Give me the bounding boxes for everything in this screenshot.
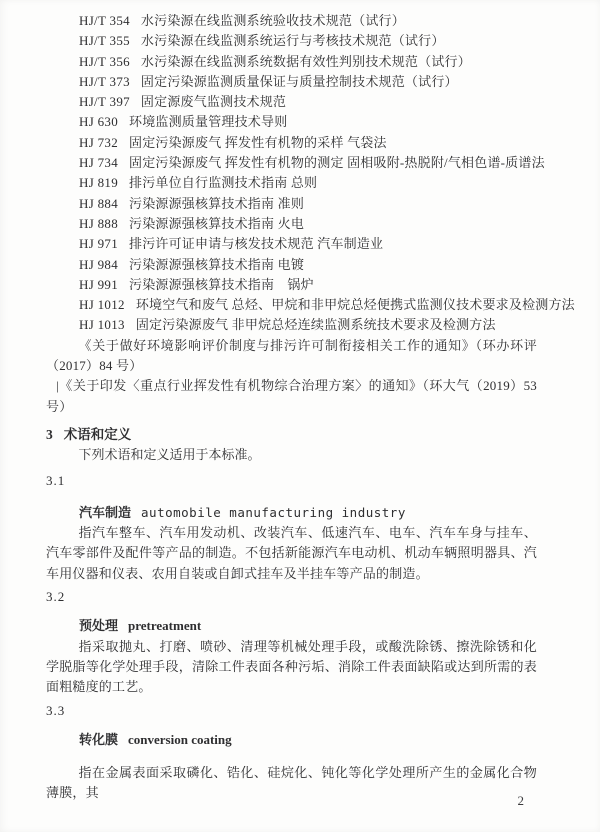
standard-title: 排污单位自行监测技术指南 总则	[129, 173, 317, 193]
notice-paragraph: 《关于做好环境影响评价制度与排污许可制衔接相关工作的通知》（环办环评（2017）…	[46, 336, 537, 377]
standard-code: HJ 991	[79, 275, 118, 295]
standard-item: HJ/T 356水污染源在线监测系统数据有效性判别技术规范（试行）	[79, 52, 537, 72]
term-zh-label: 汽车制造	[79, 505, 131, 520]
standard-code: HJ/T 373	[79, 72, 130, 92]
page-number: 2	[518, 793, 525, 809]
standard-item: HJ 734固定污染源废气 挥发性有机物的测定 固相吸附-热脱附/气相色谱-质谱…	[79, 153, 537, 173]
term-number: 3.1	[46, 471, 537, 491]
standard-item: HJ/T 354水污染源在线监测系统验收技术规范（试行）	[79, 11, 537, 31]
standard-code: HJ/T 355	[79, 31, 130, 51]
standard-title: 水污染源在线监测系统验收技术规范（试行）	[141, 11, 405, 31]
document-page: HJ/T 354水污染源在线监测系统验收技术规范（试行） HJ/T 355水污染…	[0, 0, 600, 832]
standard-item: HJ 888污染源源强核算技术指南 火电	[79, 214, 537, 234]
standard-item: HJ 732固定污染源废气 挥发性有机物的采样 气袋法	[79, 133, 537, 153]
standard-title: 固定源废气监测技术规范	[141, 92, 286, 112]
term-zh-label: 预处理	[79, 618, 118, 633]
standard-code: HJ 732	[79, 133, 118, 153]
standard-code: HJ 1013	[79, 315, 125, 335]
standard-title: 固定污染源废气 挥发性有机物的采样 气袋法	[129, 133, 387, 153]
section-heading: 3术语和定义	[46, 425, 537, 445]
term-heading: 转化膜conversion coating	[46, 730, 537, 750]
standard-title: 污染源源强核算技术指南 锅炉	[129, 275, 314, 295]
standard-code: HJ/T 397	[79, 92, 130, 112]
standard-code: HJ 888	[79, 214, 118, 234]
term-number: 3.3	[46, 701, 537, 721]
standard-item: HJ 984污染源源强核算技术指南 电镀	[79, 255, 537, 275]
standard-code: HJ/T 354	[79, 11, 130, 31]
standard-item: HJ 1013固定污染源废气 非甲烷总烃连续监测系统技术要求及检测方法	[79, 315, 537, 335]
standard-title: 污染源源强核算技术指南 电镀	[129, 255, 304, 275]
standard-code: HJ 984	[79, 255, 118, 275]
term-heading: 汽车制造automobile manufacturing industry	[46, 503, 537, 523]
standard-item: HJ 884污染源源强核算技术指南 准则	[79, 194, 537, 214]
standard-title: 固定污染源废气 挥发性有机物的测定 固相吸附-热脱附/气相色谱-质谱法	[129, 153, 545, 173]
term-definition: 指采取抛丸、打磨、喷砂、清理等机械处理手段，或酸洗除锈、擦洗除锈和化学脱脂等化学…	[46, 637, 537, 698]
term-definition: 指汽车整车、汽车用发动机、改装汽车、低速汽车、电车、汽车车身与挂车、汽车零部件及…	[46, 523, 537, 584]
standard-item: HJ/T 373固定污染源监测质量保证与质量控制技术规范（试行）	[79, 72, 537, 92]
term-number: 3.2	[46, 587, 537, 607]
standard-title: 排污许可证申请与核发技术规范 汽车制造业	[129, 234, 383, 254]
standard-code: HJ 1012	[79, 295, 125, 315]
standard-code: HJ 819	[79, 173, 118, 193]
standard-title: 环境监测质量管理技术导则	[129, 112, 287, 132]
standard-title: 固定污染源监测质量保证与质量控制技术规范（试行）	[141, 72, 458, 92]
term-en-label: pretreatment	[128, 618, 201, 633]
standard-title: 污染源源强核算技术指南 准则	[129, 194, 304, 214]
standard-item: HJ 1012环境空气和废气 总烃、甲烷和非甲烷总烃便携式监测仪技术要求及检测方…	[79, 295, 537, 315]
standard-item: HJ 991污染源源强核算技术指南 锅炉	[79, 275, 537, 295]
standard-code: HJ 734	[79, 153, 118, 173]
section-number: 3	[46, 427, 53, 442]
standard-title: 环境空气和废气 总烃、甲烷和非甲烷总烃便携式监测仪技术要求及检测方法	[136, 295, 575, 315]
term-heading: 预处理pretreatment	[46, 616, 537, 636]
section-title: 术语和定义	[64, 427, 132, 442]
standard-code: HJ 884	[79, 194, 118, 214]
normative-references-list: HJ/T 354水污染源在线监测系统验收技术规范（试行） HJ/T 355水污染…	[46, 11, 537, 336]
standard-code: HJ 971	[79, 234, 118, 254]
standard-title: 污染源源强核算技术指南 火电	[129, 214, 304, 234]
standard-item: HJ 819排污单位自行监测技术指南 总则	[79, 173, 537, 193]
standard-item: HJ 971排污许可证申请与核发技术规范 汽车制造业	[79, 234, 537, 254]
standard-code: HJ 630	[79, 112, 118, 132]
standard-item: HJ/T 355水污染源在线监测系统运行与考核技术规范（试行）	[79, 31, 537, 51]
page-content: HJ/T 354水污染源在线监测系统验收技术规范（试行） HJ/T 355水污染…	[0, 0, 600, 804]
standard-code: HJ/T 356	[79, 52, 130, 72]
standard-title: 固定污染源废气 非甲烷总烃连续监测系统技术要求及检测方法	[136, 315, 496, 335]
term-definition: 指在金属表面采取磷化、锆化、硅烷化、钝化等化学处理所产生的金属化合物薄膜，其	[46, 763, 537, 804]
standard-item: HJ 630环境监测质量管理技术导则	[79, 112, 537, 132]
standard-title: 水污染源在线监测系统运行与考核技术规范（试行）	[141, 31, 445, 51]
section-intro: 下列术语和定义适用于本标准。	[46, 445, 537, 465]
notice-paragraph: |《关于印发〈重点行业挥发性有机物综合治理方案〉的通知》（环大气（2019）53…	[46, 376, 537, 417]
term-en-label: conversion coating	[128, 732, 232, 747]
standard-title: 水污染源在线监测系统数据有效性判别技术规范（试行）	[141, 52, 471, 72]
term-en-label: automobile manufacturing industry	[141, 505, 406, 520]
standard-item: HJ/T 397固定源废气监测技术规范	[79, 92, 537, 112]
term-zh-label: 转化膜	[79, 732, 118, 747]
